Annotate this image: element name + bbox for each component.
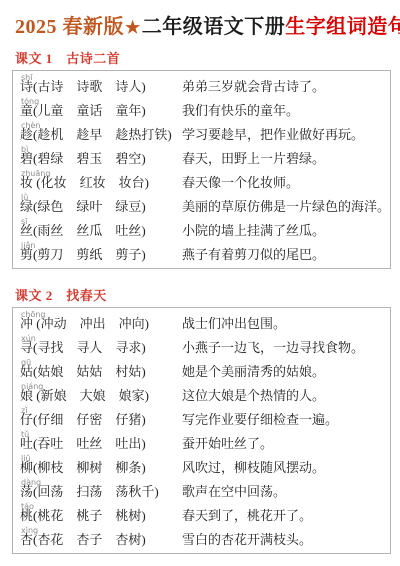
- example-sentence: 小院的墙上挂满了丝瓜。: [180, 223, 325, 239]
- character-words: 诗(古诗 诗歌 诗人): [20, 79, 180, 95]
- character-words: 吐(吞吐 吐丝 吐出): [20, 436, 180, 452]
- table-row: sī 丝(雨丝 丝瓜 吐丝) 小院的墙上挂满了丝瓜。: [17, 218, 386, 242]
- character-words: 姑(姑娘 姑姑 村姑): [20, 364, 180, 380]
- table-row: xìng 杏(杏花 杏子 杏树) 雪白的杏花开满枝头。: [17, 527, 386, 551]
- pinyin-annotation: zhuāng: [21, 170, 50, 178]
- table-row: niáng 娘 (新娘 大娘 娘家) 这位大娘是个热情的人。: [17, 383, 386, 407]
- section-label-lesson2: 课文 2 找春天: [15, 285, 391, 304]
- table-row: tóng 童(儿童 童话 童年) 我们有快乐的童年。: [17, 98, 386, 122]
- table-row: zǐ 仔(仔细 仔密 仔猪) 写完作业要仔细检查一遍。: [17, 407, 386, 431]
- character-words: 仔(仔细 仔密 仔猪): [20, 412, 180, 428]
- character-words: 趁(趁机 趁早 趁热打铁): [20, 127, 180, 143]
- character-words: 绿(绿色 绿叶 绿豆): [20, 199, 180, 215]
- example-sentence: 春天像一个化妆师。: [180, 175, 299, 191]
- table-row: xún 寻(寻找 寻人 寻求) 小燕子一边飞，一边寻找食物。: [17, 335, 386, 359]
- character-words: 娘 (新娘 大娘 娘家): [20, 388, 180, 404]
- example-sentence: 战士们冲出包围。: [180, 316, 286, 332]
- title-topic: 生字组词造句: [285, 16, 400, 38]
- pinyin-annotation: niáng: [21, 383, 43, 391]
- example-sentence: 写完作业要仔细检查一遍。: [180, 412, 338, 428]
- table-row: gū 姑(姑娘 姑姑 村姑) 她是个美丽清秀的姑娘。: [17, 359, 386, 383]
- pinyin-annotation: jiǎn: [21, 242, 35, 250]
- table-row: chōng 冲 (冲动 冲出 冲向) 战士们冲出包围。: [17, 311, 386, 335]
- example-sentence: 学习要趁早，把作业做好再玩。: [180, 127, 364, 143]
- example-sentence: 风吹过，柳枝随风摆动。: [180, 460, 325, 476]
- worksheet-page: 2025 春新版★二年级语文下册生字组词造句 课文 1 古诗二首 shī 诗(古…: [0, 0, 400, 566]
- pinyin-annotation: tóng: [21, 98, 39, 106]
- pinyin-annotation: xìng: [21, 527, 38, 535]
- pinyin-annotation: shī: [21, 74, 32, 82]
- page-title: 2025 春新版★二年级语文下册生字组词造句: [15, 10, 391, 39]
- title-edition: 2025 春新版: [15, 16, 124, 38]
- pinyin-annotation: chèn: [21, 122, 40, 130]
- character-words: 桃(桃花 桃子 桃树): [20, 508, 180, 524]
- example-sentence: 蚕开始吐丝了。: [180, 436, 273, 452]
- example-sentence: 这位大娘是个热情的人。: [180, 388, 325, 404]
- table-row: táo 桃(桃花 桃子 桃树) 春天到了，桃花开了。: [17, 503, 386, 527]
- section-label-lesson1: 课文 1 古诗二首: [15, 48, 391, 67]
- example-sentence: 她是个美丽清秀的姑娘。: [180, 364, 325, 380]
- pinyin-annotation: gū: [21, 359, 31, 367]
- pinyin-annotation: tǔ: [21, 431, 29, 439]
- example-sentence: 弟弟三岁就会背古诗了。: [180, 79, 325, 95]
- example-sentence: 歌声在空中回荡。: [180, 484, 286, 500]
- character-words: 童(儿童 童话 童年): [20, 103, 180, 119]
- pinyin-annotation: dàng: [21, 479, 41, 487]
- character-words: 寻(寻找 寻人 寻求): [20, 340, 180, 356]
- table-row: jiǎn 剪(剪刀 剪纸 剪子) 燕子有着剪刀似的尾巴。: [17, 242, 386, 266]
- example-sentence: 春天到了，桃花开了。: [180, 508, 312, 524]
- example-sentence: 雪白的杏花开满枝头。: [180, 532, 312, 548]
- pinyin-annotation: chōng: [21, 311, 46, 319]
- pinyin-annotation: xún: [21, 335, 36, 343]
- table-row: bì 碧(碧绿 碧玉 碧空) 春天，田野上一片碧绿。: [17, 146, 386, 170]
- character-words: 柳(柳枝 柳树 柳条): [20, 460, 180, 476]
- table-row: dàng 荡(回荡 扫荡 荡秋千) 歌声在空中回荡。: [17, 479, 386, 503]
- star-icon: ★: [124, 18, 142, 37]
- character-words: 杏(杏花 杏子 杏树): [20, 532, 180, 548]
- example-sentence: 我们有快乐的童年。: [180, 103, 299, 119]
- title-grade: 二年级语文下册: [142, 16, 286, 38]
- table-row: tǔ 吐(吞吐 吐丝 吐出) 蚕开始吐丝了。: [17, 431, 386, 455]
- example-sentence: 美丽的草原仿佛是一片绿色的海洋。: [180, 199, 390, 215]
- example-sentence: 小燕子一边飞，一边寻找食物。: [180, 340, 364, 356]
- pinyin-annotation: liǔ: [21, 455, 31, 463]
- character-words: 丝(雨丝 丝瓜 吐丝): [20, 223, 180, 239]
- character-words: 剪(剪刀 剪纸 剪子): [20, 247, 180, 263]
- pinyin-annotation: lǜ: [21, 194, 28, 202]
- table-row: liǔ 柳(柳枝 柳树 柳条) 风吹过，柳枝随风摆动。: [17, 455, 386, 479]
- pinyin-annotation: bì: [21, 146, 28, 154]
- table-row: chèn 趁(趁机 趁早 趁热打铁) 学习要趁早，把作业做好再玩。: [17, 122, 386, 146]
- table-row: zhuāng 妆 (化妆 红妆 妆台) 春天像一个化妆师。: [17, 170, 386, 194]
- character-words: 荡(回荡 扫荡 荡秋千): [20, 484, 180, 500]
- example-sentence: 燕子有着剪刀似的尾巴。: [180, 247, 325, 263]
- character-words: 碧(碧绿 碧玉 碧空): [20, 151, 180, 167]
- pinyin-annotation: sī: [21, 218, 27, 226]
- lesson1-word-table: shī 诗(古诗 诗歌 诗人) 弟弟三岁就会背古诗了。 tóng 童(儿童 童话…: [12, 70, 391, 269]
- lesson2-word-table: chōng 冲 (冲动 冲出 冲向) 战士们冲出包围。 xún 寻(寻找 寻人 …: [12, 307, 391, 554]
- pinyin-annotation: zǐ: [21, 407, 27, 415]
- pinyin-annotation: táo: [21, 503, 34, 511]
- example-sentence: 春天，田野上一片碧绿。: [180, 151, 325, 167]
- table-row: shī 诗(古诗 诗歌 诗人) 弟弟三岁就会背古诗了。: [17, 74, 386, 98]
- table-row: lǜ 绿(绿色 绿叶 绿豆) 美丽的草原仿佛是一片绿色的海洋。: [17, 194, 386, 218]
